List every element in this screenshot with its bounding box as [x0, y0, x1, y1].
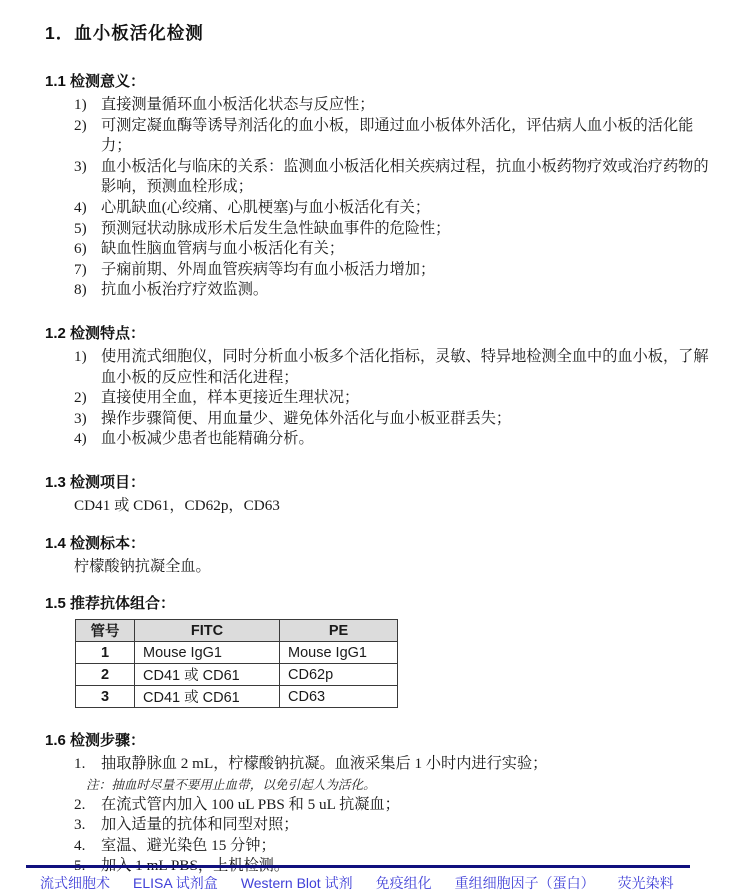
procedure-step: 2.在流式管内加入 100 uL PBS 和 5 uL 抗凝血； [45, 795, 710, 816]
footer-link-western-blot-reagents[interactable]: Western Blot 试剂 [241, 875, 353, 891]
list-item: 5)预测冠状动脉成形术后发生急性缺血事件的危险性； [45, 219, 710, 240]
table-row: 1 Mouse IgG1 Mouse IgG1 [76, 642, 398, 664]
list-item-text: 使用流式细胞仪，同时分析血小板多个活化指标，灵敏、特异地检测全血中的血小板，了解… [101, 347, 710, 388]
significance-list: 1)直接测量循环血小板活化状态与反应性； 2)可测定凝血酶等诱导剂活化的血小板，… [45, 95, 710, 301]
table-cell-pe: CD62p [280, 664, 398, 686]
list-item-text: 抗血小板治疗疗效监测。 [101, 280, 268, 301]
list-item-text: 血小板减少患者也能精确分析。 [101, 429, 314, 450]
procedure-step: 3.加入适量的抗体和同型对照； [45, 815, 710, 836]
page-title: 1．血小板活化检测 [45, 20, 710, 45]
list-item: 1)直接测量循环血小板活化状态与反应性； [45, 95, 710, 116]
step-text: 加入适量的抗体和同型对照； [101, 815, 298, 836]
list-item-number: 4) [74, 429, 101, 450]
step-number: 3. [74, 815, 101, 836]
list-item-number: 5) [74, 219, 101, 240]
section-heading-procedure: 1.6 检测步骤： [45, 731, 710, 751]
section-heading-specimen: 1.4 检测标本： [45, 534, 710, 554]
table-header-cell-tube: 管号 [76, 620, 135, 642]
table-cell-pe: CD63 [280, 686, 398, 708]
procedure-step1-note: 注：抽血时尽量不要用止血带，以免引起人为活化。 [86, 775, 710, 795]
list-item-text: 心肌缺血(心绞痛、心肌梗塞)与血小板活化有关； [101, 198, 430, 219]
list-item-text: 子痫前期、外周血管疾病等均有血小板活力增加； [101, 260, 435, 281]
list-item: 3)血小板活化与临床的关系：监测血小板活化相关疾病过程，抗血小板药物疗效或治疗药… [45, 157, 710, 198]
list-item-text: 预测冠状动脉成形术后发生急性缺血事件的危险性； [101, 219, 450, 240]
table-cell-tube: 2 [76, 664, 135, 686]
list-item-text: 操作步骤简便、用血量少、避免体外活化与血小板亚群丢失； [101, 409, 511, 430]
list-item-number: 1) [74, 347, 101, 388]
list-item: 4)心肌缺血(心绞痛、心肌梗塞)与血小板活化有关； [45, 198, 710, 219]
markers-content: CD41 或 CD61，CD62p，CD63 [74, 496, 710, 517]
section-heading-significance: 1.1 检测意义： [45, 72, 710, 92]
list-item-text: 可测定凝血酶等诱导剂活化的血小板，即通过血小板体外活化，评估病人血小板的活化能力… [101, 116, 710, 157]
table-cell-tube: 1 [76, 642, 135, 664]
list-item: 3)操作步骤简便、用血量少、避免体外活化与血小板亚群丢失； [45, 409, 710, 430]
list-item: 2)直接使用全血，样本更接近生理状况； [45, 388, 710, 409]
list-item-text: 直接测量循环血小板活化状态与反应性； [101, 95, 374, 116]
list-item-number: 3) [74, 157, 101, 198]
table-cell-tube: 3 [76, 686, 135, 708]
footer-link-recombinant-cytokines[interactable]: 重组细胞因子（蛋白） [455, 875, 595, 891]
list-item-number: 1) [74, 95, 101, 116]
table-cell-fitc: CD41 或 CD61 [135, 686, 280, 708]
step-text: 抽取静脉血 2 mL，柠檬酸钠抗凝。血液采集后 1 小时内进行实验； [101, 754, 547, 775]
table-row: 2 CD41 或 CD61 CD62p [76, 664, 398, 686]
list-item: 1)使用流式细胞仪，同时分析血小板多个活化指标，灵敏、特异地检测全血中的血小板，… [45, 347, 710, 388]
document-page: 1．血小板活化检测 1.1 检测意义： 1)直接测量循环血小板活化状态与反应性；… [0, 0, 750, 877]
list-item-number: 4) [74, 198, 101, 219]
list-item-text: 直接使用全血，样本更接近生理状况； [101, 388, 359, 409]
section-heading-markers: 1.3 检测项目： [45, 473, 710, 493]
procedure-steps: 1.抽取静脉血 2 mL，柠檬酸钠抗凝。血液采集后 1 小时内进行实验； 注：抽… [45, 754, 710, 877]
step-number: 2. [74, 795, 101, 816]
list-item-text: 缺血性脑血管病与血小板活化有关； [101, 239, 344, 260]
table-row: 3 CD41 或 CD61 CD63 [76, 686, 398, 708]
list-item: 7)子痫前期、外周血管疾病等均有血小板活力增加； [45, 260, 710, 281]
section-heading-features: 1.2 检测特点： [45, 324, 710, 344]
footer-nav: 流式细胞术ELISA 试剂盒Western Blot 试剂免疫组化重组细胞因子（… [26, 865, 690, 893]
list-item-number: 8) [74, 280, 101, 301]
list-item: 8)抗血小板治疗疗效监测。 [45, 280, 710, 301]
list-item: 6)缺血性脑血管病与血小板活化有关； [45, 239, 710, 260]
list-item: 2)可测定凝血酶等诱导剂活化的血小板，即通过血小板体外活化，评估病人血小板的活化… [45, 116, 710, 157]
antibody-combo-table: 管号 FITC PE 1 Mouse IgG1 Mouse IgG1 2 CD4… [75, 619, 398, 708]
list-item-number: 6) [74, 239, 101, 260]
step-text: 室温、避光染色 15 分钟； [101, 836, 276, 857]
footer-link-flow-cytometry[interactable]: 流式细胞术 [40, 875, 110, 891]
table-cell-pe: Mouse IgG1 [280, 642, 398, 664]
specimen-content: 柠檬酸钠抗凝全血。 [74, 557, 710, 578]
table-header-cell-pe: PE [280, 620, 398, 642]
table-cell-fitc: Mouse IgG1 [135, 642, 280, 664]
step-text: 在流式管内加入 100 uL PBS 和 5 uL 抗凝血； [101, 795, 400, 816]
list-item-number: 3) [74, 409, 101, 430]
list-item-number: 2) [74, 116, 101, 157]
features-list: 1)使用流式细胞仪，同时分析血小板多个活化指标，灵敏、特异地检测全血中的血小板，… [45, 347, 710, 450]
step-number: 1. [74, 754, 101, 775]
step-number: 4. [74, 836, 101, 857]
footer-link-fluorescent-dyes[interactable]: 荧光染料 [618, 875, 674, 891]
list-item-number: 7) [74, 260, 101, 281]
list-item-number: 2) [74, 388, 101, 409]
footer-link-elisa-kits[interactable]: ELISA 试剂盒 [133, 875, 218, 891]
footer-link-immunohistochemistry[interactable]: 免疫组化 [376, 875, 432, 891]
table-cell-fitc: CD41 或 CD61 [135, 664, 280, 686]
table-header-row: 管号 FITC PE [76, 620, 398, 642]
procedure-step: 1.抽取静脉血 2 mL，柠檬酸钠抗凝。血液采集后 1 小时内进行实验； [45, 754, 710, 775]
list-item-text: 血小板活化与临床的关系：监测血小板活化相关疾病过程，抗血小板药物疗效或治疗药物的… [101, 157, 710, 198]
table-header-cell-fitc: FITC [135, 620, 280, 642]
list-item: 4)血小板减少患者也能精确分析。 [45, 429, 710, 450]
section-heading-antibody-combo: 1.5 推荐抗体组合： [45, 594, 710, 614]
procedure-step: 4.室温、避光染色 15 分钟； [45, 836, 710, 857]
